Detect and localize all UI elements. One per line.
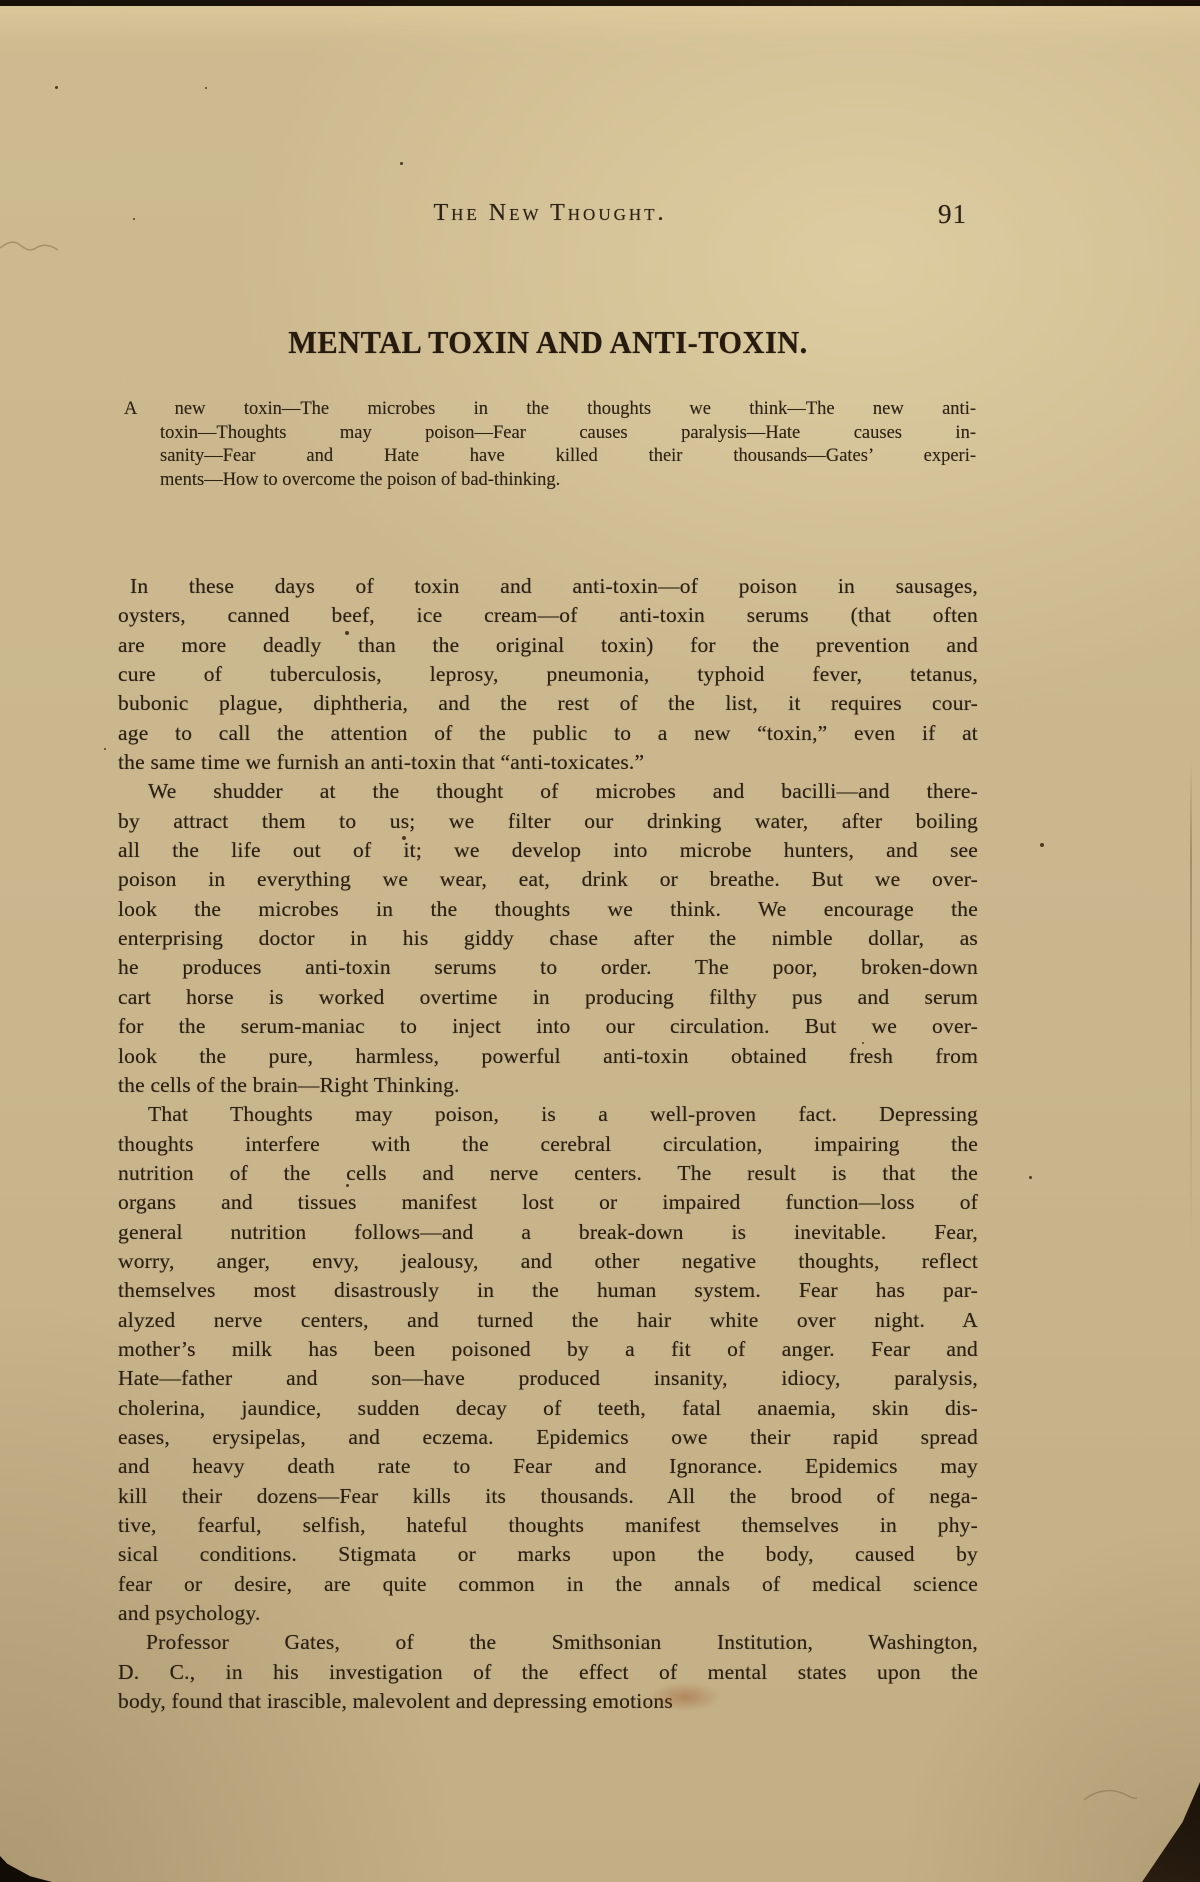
ink-speck (1040, 843, 1044, 847)
paper-crease (1190, 760, 1192, 1260)
pencil-squiggle-bottom (1082, 1786, 1138, 1804)
page-edge-top-band (0, 6, 1200, 36)
ink-speck (400, 162, 403, 165)
stain-mark (648, 1682, 722, 1712)
ink-speck (862, 1042, 864, 1044)
paragraph: That Thoughts may poison, is a well-prov… (118, 1100, 978, 1628)
text-line: Professor Gates, of the Smithsonian Inst… (118, 1628, 978, 1657)
paragraph: We shudder at the thought of microbes an… (118, 777, 978, 1100)
text-line: and psychology. (118, 1599, 978, 1628)
text-line: are more deadly than the original toxin)… (118, 631, 978, 660)
text-line: body, found that irascible, malevolent a… (118, 1687, 978, 1716)
paragraph: Professor Gates, of the Smithsonian Inst… (118, 1628, 978, 1716)
text-line: mother’s milk has been poisoned by a fit… (118, 1335, 978, 1364)
text-line: themselves most disastrously in the huma… (118, 1276, 978, 1305)
text-line: tive, fearful, selfish, hateful thoughts… (118, 1511, 978, 1540)
ink-speck (133, 218, 135, 220)
pencil-squiggle (0, 232, 60, 258)
abstract-line: toxin—Thoughts may poison—Fear causes pa… (120, 422, 976, 446)
body-text: In these days of toxin and anti-toxin—of… (118, 572, 978, 1716)
text-line: the same time we furnish an anti-toxin t… (118, 748, 978, 777)
text-line: eases, erysipelas, and eczema. Epidemics… (118, 1423, 978, 1452)
text-line: cholerina, jaundice, sudden decay of tee… (118, 1394, 978, 1423)
text-line: all the life out of it; we develop into … (118, 836, 978, 865)
text-line: kill their dozens—Fear kills its thousan… (118, 1482, 978, 1511)
ink-speck (55, 86, 58, 89)
paragraph: In these days of toxin and anti-toxin—of… (118, 572, 978, 777)
page-number: 91 (938, 199, 998, 230)
ink-speck (346, 1184, 349, 1187)
corner-shadow-bottom-left (0, 1856, 52, 1882)
text-line: D. C., in his investigation of the effec… (118, 1658, 978, 1687)
text-line: fear or desire, are quite common in the … (118, 1570, 978, 1599)
text-line: sical conditions. Stigmata or marks upon… (118, 1540, 978, 1569)
ink-speck (1029, 1176, 1032, 1179)
text-line: worry, anger, envy, jealousy, and other … (118, 1247, 978, 1276)
text-line: enterprising doctor in his giddy chase a… (118, 924, 978, 953)
text-line: nutrition of the cells and nerve centers… (118, 1159, 978, 1188)
text-line: cart horse is worked overtime in produci… (118, 983, 978, 1012)
text-line: look the pure, harmless, powerful anti-t… (118, 1042, 978, 1071)
text-line: age to call the attention of the public … (118, 719, 978, 748)
ink-speck (345, 631, 349, 635)
text-line: and heavy death rate to Fear and Ignoran… (118, 1452, 978, 1481)
text-line: look the microbes in the thoughts we thi… (118, 895, 978, 924)
text-line: he produces anti-toxin serums to order. … (118, 953, 978, 982)
abstract-line: ments—How to overcome the poison of bad-… (120, 469, 976, 493)
chapter-abstract: A new toxin—The microbes in the thoughts… (120, 398, 976, 492)
ink-speck (205, 87, 207, 89)
ink-speck (104, 748, 106, 750)
text-line: Hate—father and son—have produced insani… (118, 1364, 978, 1393)
text-line: In these days of toxin and anti-toxin—of… (118, 572, 978, 601)
corner-shadow-bottom-right (1142, 1782, 1200, 1882)
abstract-line: sanity—Fear and Hate have killed their t… (120, 445, 976, 469)
text-line: for the serum-maniac to inject into our … (118, 1012, 978, 1041)
text-line: alyzed nerve centers, and turned the hai… (118, 1306, 978, 1335)
ink-speck (402, 836, 406, 840)
text-line: That Thoughts may poison, is a well-prov… (118, 1100, 978, 1129)
text-line: bubonic plague, diphtheria, and the rest… (118, 689, 978, 718)
text-line: cure of tuberculosis, leprosy, pneumonia… (118, 660, 978, 689)
text-line: poison in everything we wear, eat, drink… (118, 865, 978, 894)
text-line: oysters, canned beef, ice cream—of anti-… (118, 601, 978, 630)
text-line: general nutrition follows—and a break-do… (118, 1218, 978, 1247)
chapter-title: MENTAL TOXIN AND ANTI-TOXIN. (140, 324, 957, 361)
text-line: by attract them to us; we filter our dri… (118, 807, 978, 836)
book-page-scan: The New Thought. 91 MENTAL TOXIN AND ANT… (0, 0, 1200, 1882)
text-line: organs and tissues manifest lost or impa… (118, 1188, 978, 1217)
text-line: We shudder at the thought of microbes an… (118, 777, 978, 806)
text-line: thoughts interfere with the cerebral cir… (118, 1130, 978, 1159)
running-header: The New Thought. (170, 200, 930, 227)
text-line: the cells of the brain—Right Thinking. (118, 1071, 978, 1100)
abstract-line: A new toxin—The microbes in the thoughts… (120, 398, 976, 422)
